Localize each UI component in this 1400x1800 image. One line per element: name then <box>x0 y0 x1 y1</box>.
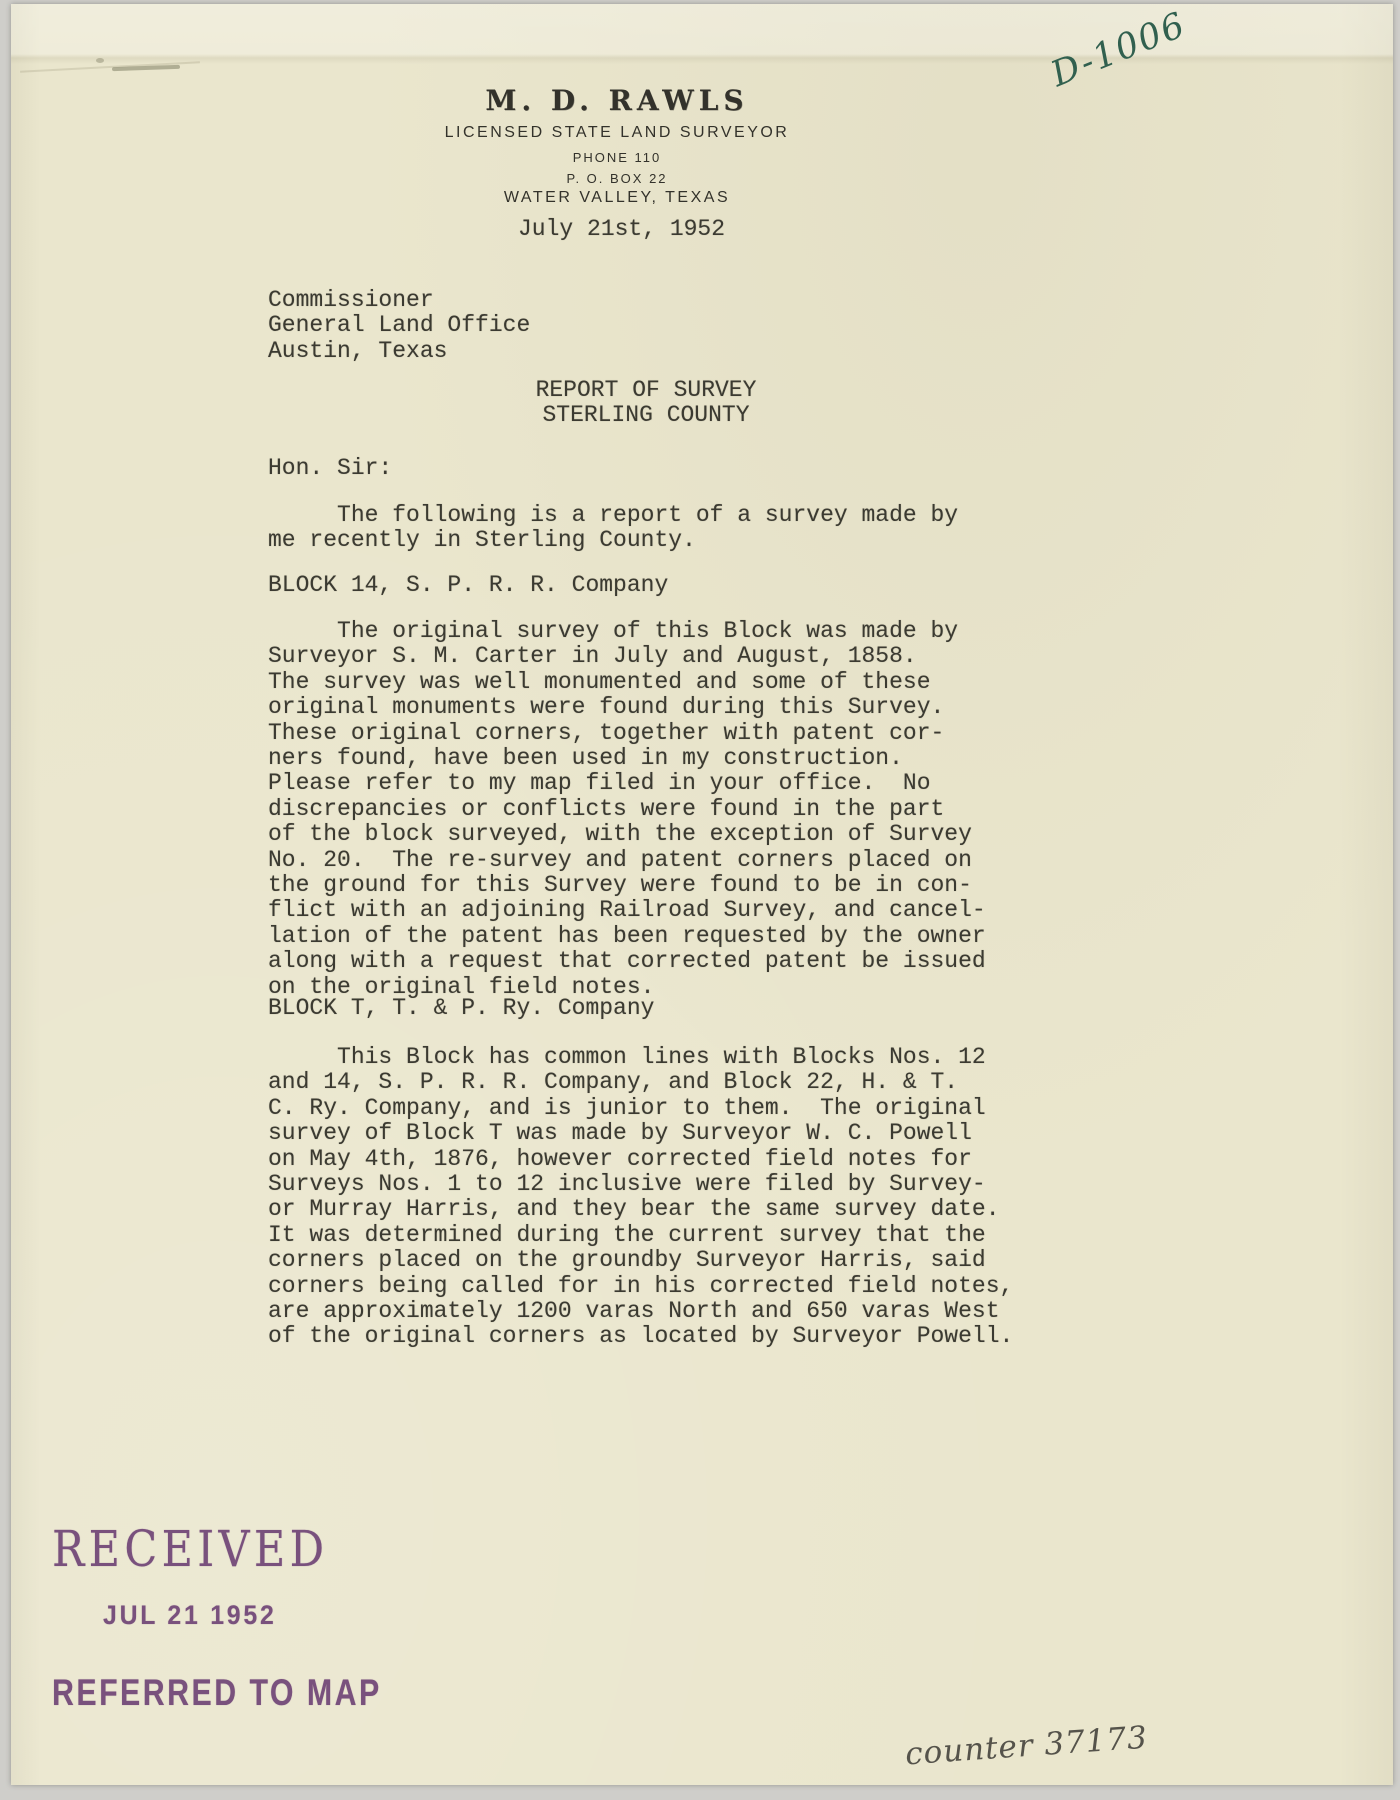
pencil-smudge-dot <box>96 58 104 63</box>
salutation: Hon. Sir: <box>268 456 392 481</box>
section-paragraph-block-t: This Block has common lines with Blocks … <box>268 1045 1013 1350</box>
letterhead-city: WATER VALLEY, TEXAS <box>317 189 917 207</box>
letterhead-name: M. D. RAWLS <box>317 84 917 117</box>
section-heading-block-14: BLOCK 14, S. P. R. R. Company <box>268 573 668 598</box>
letterhead-phone: PHONE 110 <box>317 150 917 165</box>
letterhead-title: LICENSED STATE LAND SURVEYOR <box>317 124 917 142</box>
recipient-address: Commissioner General Land Office Austin,… <box>268 288 530 364</box>
scanned-letter-page: D-1006 M. D. RAWLS LICENSED STATE LAND S… <box>0 0 1400 1800</box>
subject-heading: REPORT OF SURVEY STERLING COUNTY <box>430 378 862 429</box>
letter-date: July 21st, 1952 <box>518 217 725 242</box>
received-stamp: RECEIVED <box>52 1520 328 1578</box>
referred-to-map-stamp: REFERRED TO MAP <box>52 1672 382 1714</box>
letterhead-po-box: P. O. BOX 22 <box>317 171 917 186</box>
section-paragraph-block-14: The original survey of this Block was ma… <box>268 619 986 1000</box>
section-heading-block-t: BLOCK T, T. & P. Ry. Company <box>268 996 654 1021</box>
intro-paragraph: The following is a report of a survey ma… <box>268 503 958 554</box>
received-date-stamp: JUL 21 1952 <box>103 1600 277 1631</box>
